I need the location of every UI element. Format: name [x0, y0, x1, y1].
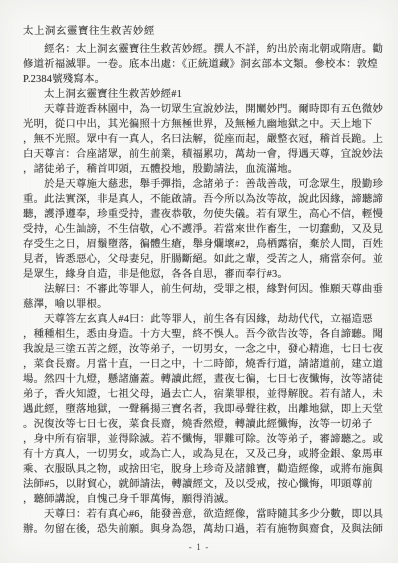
text-line: 經名：太上洞玄靈寶往生救苦妙經。撰人不詳，約出於南北朝或隋唐。勸 — [23, 42, 382, 57]
text-line: 重。此法實深，非是真人，不能啟請。吾今所以為汝等故，說此因緣，諦聽諦 — [23, 192, 382, 207]
text-line: 。況復汝等七日七夜，菜食長齋，燒香然燈，轉讀此經懺悔，汝等一切弟子 — [23, 417, 382, 432]
text-line: 天尊答左玄真人#4曰：此等罪人，前生各有因緣，劫劫代代，立福造惡 — [23, 312, 382, 327]
text-line: 我說是三塗五苦之經，汝等弟子，一切男女，一念之中，發心精進，七日七夜 — [23, 342, 382, 357]
text-line: 太上洞玄靈寶往生救苦妙經#1 — [23, 87, 382, 102]
text-line: 天尊昔遊香林園中，為一切眾生宣說妙法，開闡妙門。爾時即有五色微妙 — [23, 102, 382, 117]
text-line: 有十方真人，一切男女，或為亡人，或為見在，又及己身，或將金銀、象馬車 — [23, 447, 382, 462]
text-line: 白天尊言：合座諸眾，前生前業，積福累功，萬劫一會，得遇天尊，宜說妙法 — [23, 147, 382, 162]
text-line: ，身中所有宿罪，並得除滅。若不懺悔，罪難可除。汝等弟子，審諦聽之。或 — [23, 432, 382, 447]
text-line: 是眾生，緣身自造，非是他愆，各各自思，審而奉行#3。 — [23, 267, 382, 282]
text-line: P.2384號殘寫本。 — [23, 72, 382, 87]
text-line: 乘、衣服臥具之物，或捨田宅，脫身上珍奇及諸雜寶，勸造經像，或將布施與 — [23, 462, 382, 477]
text-line: 法師#5，以財貿心，就師請法，轉讀經文，及以受戒，按心懺悔，叩頭尊前 — [23, 477, 382, 492]
text-line: 見者，皆悉惡心，父母妻兒，肝腸斷絕。如此之輩，受苦之人，痛當奈何。並 — [23, 252, 382, 267]
text-line: ，聽師講說，自愧己身千罪萬悔，願得消滅。 — [23, 492, 382, 507]
text-line: ，無不光照。眾中有一真人，名曰法解，從座而起，嚴整衣冠，稽首長跪。上 — [23, 132, 382, 147]
document-body: 經名：太上洞玄靈寶往生救苦妙經。撰人不詳，約出於南北朝或隋唐。勸修道祈福滅罪。一… — [23, 42, 382, 537]
text-line: 修道祈福滅罪。一卷。底本出處：《正統道藏》洞玄部本文類。參校本：敦煌 — [23, 57, 382, 72]
text-line: 於是天尊施大慈悲，舉手彈指，念諸弟子：善哉善哉，可念眾生，殷勤珍 — [23, 177, 382, 192]
document-content: 太上洞玄靈寶往生救苦妙經 經名：太上洞玄靈寶往生救苦妙經。撰人不詳，約出於南北朝… — [23, 24, 382, 537]
text-line: 聽，護淨遵奉，珍重受持，晝夜恭敬，勿使失儀。若有眾生，高心不信，輕慢 — [23, 207, 382, 222]
document-page: 太上洞玄靈寶往生救苦妙經 經名：太上洞玄靈寶往生救苦妙經。撰人不詳，約出於南北朝… — [0, 0, 398, 563]
text-line: 天尊曰：若有真心#6，能發善意，欲造經像，當時隨其多少分數，即以具 — [23, 507, 382, 522]
text-line: 場。然四十九燈，懸諸旛蓋。轉讀此經，晝夜七徧，七日七夜懺悔，汝等諸徒 — [23, 372, 382, 387]
text-line: 弟子，香火知證，七祖父母，過去亡人，宿業罪根，並得解脫。若有諸人，未 — [23, 387, 382, 402]
text-line: 慈澤，喻以罪根。 — [23, 297, 382, 312]
text-line: 辦。勿留在後，恐失前願。與身為怨，萬劫口過，若有施物與齋食，及與法師 — [23, 522, 382, 537]
text-line: 受持，心生訕謗，不生信敬，心不護淨。若當來世作畜生，一切蠢動，又及見 — [23, 222, 382, 237]
text-line: 光明，從口中出，其光徧照十方無極世界，及無極九幽地獄之中。天上地下 — [23, 117, 382, 132]
text-line: ，種種相生，悉由身造。十方大聖，終不悞人。吾今欲告汝等，各自諦聽。聞 — [23, 327, 382, 342]
text-line: ，諸徒弟子，稽首叩頭，五體投地，殷勤請法，血流滿地。 — [23, 162, 382, 177]
page-title: 太上洞玄靈寶往生救苦妙經 — [23, 24, 382, 39]
text-line: 存受生之日，眉鬚墮落，徧體生瘡，舉身爛壞#2，鳥栖露宿，棄於人間，百姓 — [23, 237, 382, 252]
text-line: 遇此經，墮落地獄，一聲稱揚三寶名者，我即尋聲往救，出離地獄，即上天堂 — [23, 402, 382, 417]
text-line: ，菜食長齋。月當十直，一日之中，十二時節，燒香行道，請諸道前，建立道 — [23, 357, 382, 372]
page-number: - 1 - — [0, 543, 398, 553]
text-line: 法解曰：不審此等罪人，前生何劫，受罪之根，緣對何因。惟願天尊曲垂 — [23, 282, 382, 297]
